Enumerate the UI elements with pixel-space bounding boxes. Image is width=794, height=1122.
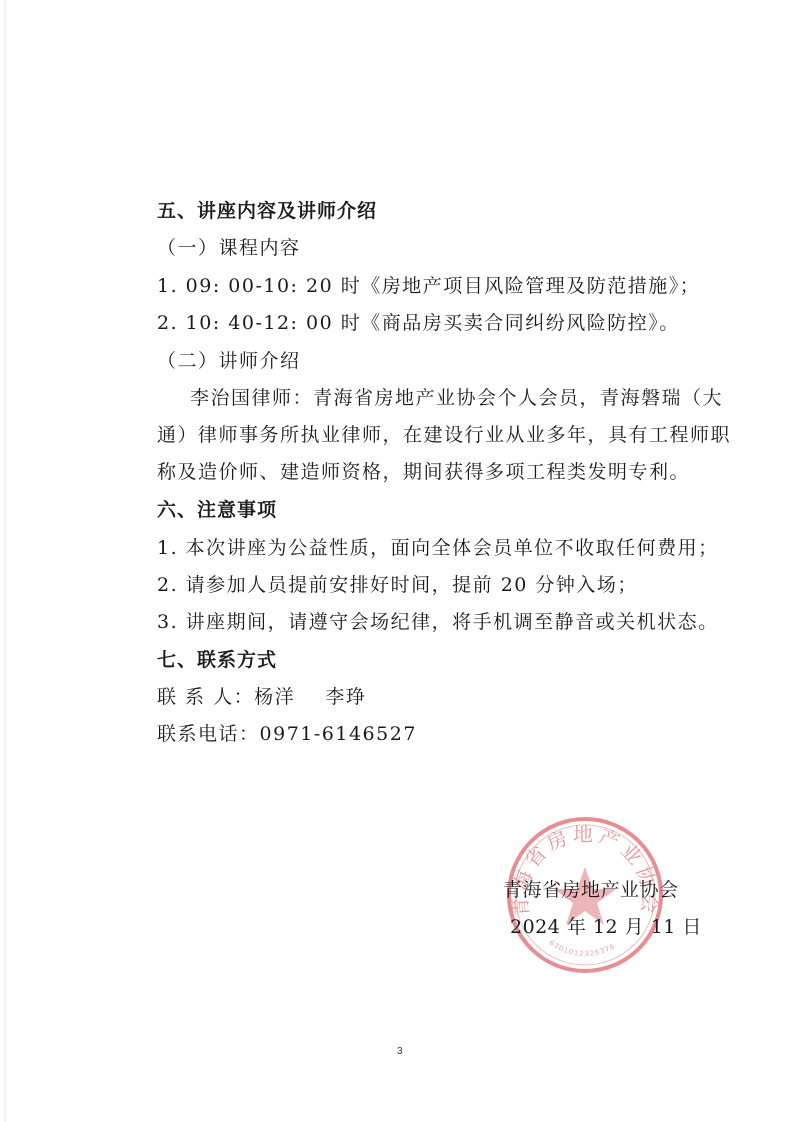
contact-person-names: 杨洋 李琤 — [254, 686, 366, 708]
note-item-2: 2. 请参加人员提前安排好时间，提前 20 分钟入场； — [157, 574, 638, 596]
subsection-title-course: （一）课程内容 — [157, 237, 301, 259]
section-heading-notes: 六、注意事项 — [157, 499, 277, 521]
note-item-3: 3. 讲座期间，请遵守会场纪律，将手机调至静音或关机状态。 — [157, 611, 719, 633]
lecturer-intro-line-2: 通）律师事务所执业律师，在建设行业从业多年，具有工程师职 — [157, 424, 731, 446]
contact-person-label: 联 系 人： — [157, 686, 254, 708]
lecturer-intro-line-3: 称及造价师、建造师资格，期间获得多项工程类发明专利。 — [157, 461, 690, 483]
lecturer-intro-line-1: 李治国律师：青海省房地产业协会个人会员，青海磐瑞（大 — [190, 387, 723, 409]
contact-phone-label: 联系电话： — [157, 723, 260, 745]
subsection-title-lecturer: （二）讲师介绍 — [157, 350, 301, 372]
section-heading-lecture: 五、讲座内容及讲师介绍 — [157, 200, 377, 222]
contact-phone-number: 0971-6146527 — [260, 723, 417, 745]
course-item-2: 2. 10: 40-12: 00 时《商品房买卖合同纠纷风险防控》。 — [157, 312, 680, 334]
note-item-1: 1. 本次讲座为公益性质，面向全体会员单位不收取任何费用； — [157, 537, 719, 559]
contact-person-row: 联 系 人：杨洋 李琤 — [157, 686, 366, 708]
page-number: 3 — [397, 1046, 403, 1057]
course-item-1: 1. 09: 00-10: 20 时《房地产项目风险管理及防范措施》； — [157, 275, 700, 297]
signature-date: 2024 年 12 月 11 日 — [510, 912, 702, 939]
document-page: 五、讲座内容及讲师介绍 （一）课程内容 1. 09: 00-10: 20 时《房… — [0, 0, 794, 1122]
contact-phone-row: 联系电话：0971-6146527 — [157, 723, 417, 745]
section-heading-contact: 七、联系方式 — [157, 649, 277, 671]
scan-edge — [4, 0, 6, 1122]
signature-organization: 青海省房地产业协会 — [503, 875, 679, 902]
svg-text:6301012328376: 6301012328376 — [548, 939, 617, 958]
